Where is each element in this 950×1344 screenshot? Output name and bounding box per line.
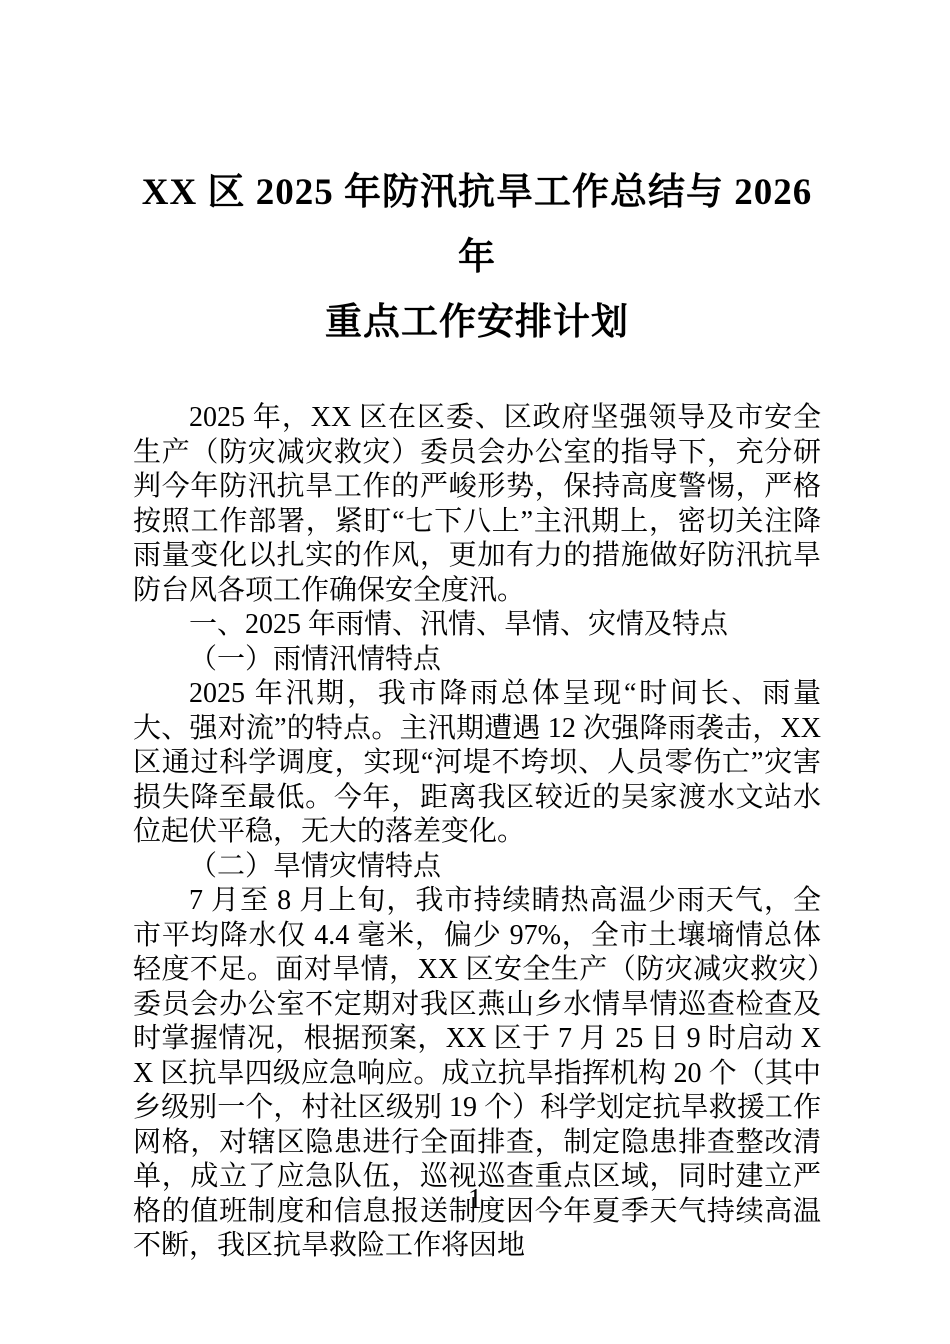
title-line-1: XX 区 2025 年防汛抗旱工作总结与 2026 年 <box>133 160 821 290</box>
subsection-heading-2: （二）旱情灾情特点 <box>133 850 821 885</box>
document-page: XX 区 2025 年防汛抗旱工作总结与 2026 年 重点工作安排计划 202… <box>0 0 950 1344</box>
page-number: 1 <box>0 1186 950 1214</box>
title-line-2: 重点工作安排计划 <box>133 290 821 355</box>
document-title: XX 区 2025 年防汛抗旱工作总结与 2026 年 重点工作安排计划 <box>133 160 821 355</box>
section-heading-1: 一、2025 年雨情、汛情、旱情、灾情及特点 <box>133 608 821 643</box>
subsection-heading-1: （一）雨情汛情特点 <box>133 643 821 678</box>
paragraph-intro: 2025 年，XX 区在区委、区政府坚强领导及市安全生产（防灾减灾救灾）委员会办… <box>133 401 821 608</box>
document-body: 2025 年，XX 区在区委、区政府坚强领导及市安全生产（防灾减灾救灾）委员会办… <box>133 401 821 1264</box>
paragraph-rain-flood: 2025 年汛期，我市降雨总体呈现“时间长、雨量大、强对流”的特点。主汛期遭遇 … <box>133 677 821 850</box>
